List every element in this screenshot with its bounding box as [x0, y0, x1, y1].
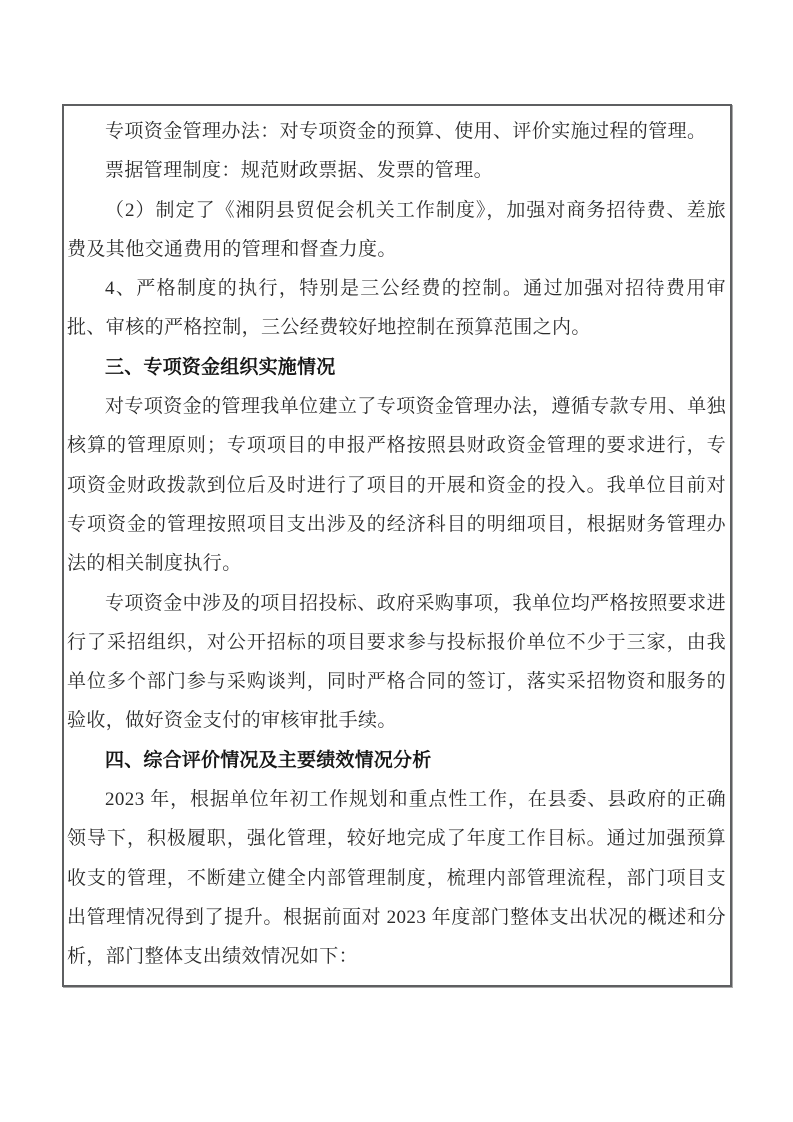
section-heading-4-comprehensive-evaluation: 四、综合评价情况及主要绩效情况分析 [67, 741, 726, 780]
paragraph-special-fund-measures: 专项资金管理办法：对专项资金的预算、使用、评价实施过程的管理。 [67, 112, 726, 151]
paragraph-economic-evaluation-subheading: （一）经济性评价方面 [67, 977, 726, 987]
paragraph-office-work-rules: （2）制定了《湘阴县贸促会机关工作制度》，加强对商务招待费、差旅费及其他交通费用… [67, 191, 726, 270]
document-page: 专项资金管理办法：对专项资金的预算、使用、评价实施过程的管理。 票据管理制度：规… [0, 0, 793, 1122]
paragraph-special-fund-management: 对专项资金的管理我单位建立了专项资金管理办法，遵循专款专用、单独核算的管理原则；… [67, 387, 726, 583]
paragraph-bidding-procurement: 专项资金中涉及的项目招投标、政府采购事项，我单位均严格按照要求进行了采招组织，对… [67, 584, 726, 741]
paragraph-invoice-management-system: 票据管理制度：规范财政票据、发票的管理。 [67, 151, 726, 190]
report-table-cell: 专项资金管理办法：对专项资金的预算、使用、评价实施过程的管理。 票据管理制度：规… [62, 104, 732, 987]
section-heading-3-special-fund-implementation: 三、专项资金组织实施情况 [67, 348, 726, 387]
paragraph-strict-system-execution: 4、严格制度的执行，特别是三公经费的控制。通过加强对招待费用审批、审核的严格控制… [67, 269, 726, 348]
paragraph-2023-annual-review: 2023 年，根据单位年初工作规划和重点性工作，在县委、县政府的正确领导下，积极… [67, 780, 726, 976]
